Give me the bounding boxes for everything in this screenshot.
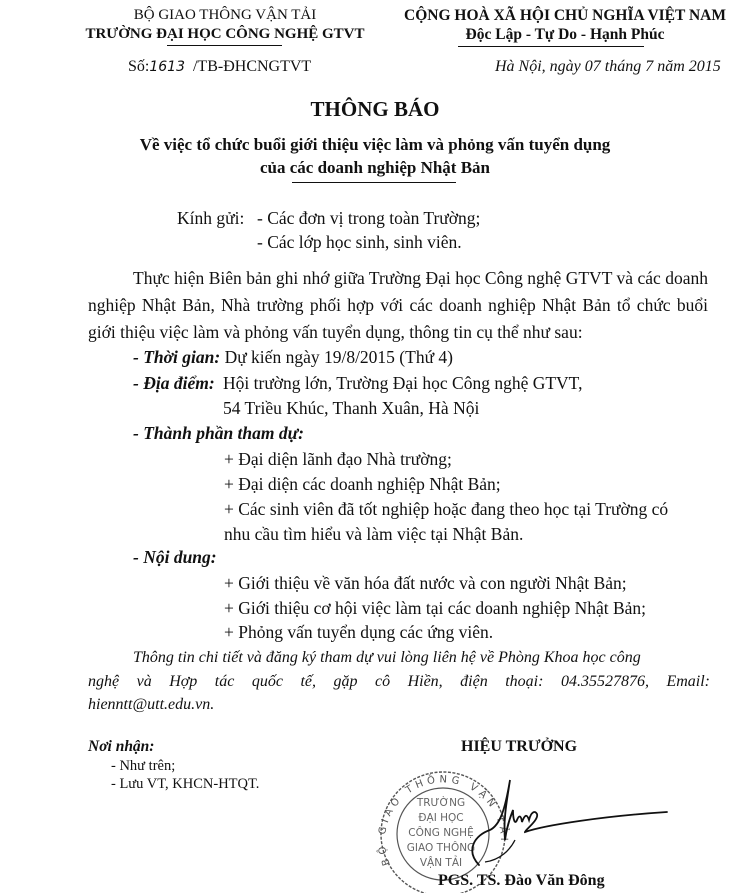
school-name: TRƯỜNG ĐẠI HỌC CÔNG NGHỆ GTVT (70, 25, 380, 44)
participant-item-cont: nhu cầu tìm hiểu và làm việc tại Nhật Bả… (224, 524, 523, 545)
place-line2: 54 Triều Khúc, Thanh Xuân, Hà Nội (223, 398, 479, 419)
participant-item: + Đại diện lãnh đạo Nhà trường; (224, 449, 452, 470)
distribution-label: Nơi nhận: (88, 738, 154, 756)
school-underline (167, 45, 282, 46)
signer-name: PGS. TS. Đào Văn Đông (438, 872, 605, 890)
document-number: Số:1613 /TB-ĐHCNGTVT (128, 58, 311, 76)
place-line1: Hội trường lớn, Trường Đại học Công nghệ… (223, 373, 582, 394)
motto-underline (458, 46, 644, 47)
document-title: THÔNG BÁO (0, 97, 750, 122)
detail-time: - Thời gian: Dự kiến ngày 19/8/2015 (Thứ… (133, 347, 453, 368)
time-label: - Thời gian: (133, 347, 220, 367)
republic-name: CỘNG HOÀ XÃ HỘI CHỦ NGHĨA VIỆT NAM (380, 6, 750, 25)
distribution-item: - Lưu VT, KHCN-HTQT. (111, 776, 259, 793)
ministry-name: BỘ GIAO THÔNG VẬN TẢI (70, 6, 380, 25)
detail-place-label: - Địa điểm: (133, 373, 215, 394)
content-label: - Nội dung: (133, 547, 217, 568)
document-subtitle-line1: Về việc tổ chức buổi giới thiệu việc làm… (0, 135, 750, 155)
participant-item: + Các sinh viên đã tốt nghiệp hoặc đang … (224, 499, 668, 520)
participant-item: + Đại diện các doanh nghiệp Nhật Bản; (224, 474, 501, 495)
recipient-item: - Các đơn vị trong toàn Trường; (257, 208, 480, 229)
contact-line1: Thông tin chi tiết và đăng ký tham dự vu… (133, 649, 641, 667)
contact-line2: nghệ và Hợp tác quốc tế, gặp cô Hiền, đi… (88, 673, 710, 691)
recipients-label: Kính gửi: (177, 208, 244, 229)
participants-label: - Thành phần tham dự: (133, 423, 304, 444)
doc-number-label: Số: (128, 58, 149, 75)
issuing-authority: BỘ GIAO THÔNG VẬN TẢI TRƯỜNG ĐẠI HỌC CÔN… (70, 6, 380, 44)
content-item: + Giới thiệu về văn hóa đất nước và con … (224, 573, 627, 594)
signature-icon (455, 770, 675, 870)
recipient-item: - Các lớp học sinh, sinh viên. (257, 232, 462, 253)
content-item: + Giới thiệu cơ hội việc làm tại các doa… (224, 598, 646, 619)
signer-title: HIỆU TRƯỞNG (461, 738, 577, 756)
doc-number-handwritten: 1613 (149, 59, 185, 75)
place-date: Hà Nội, ngày 07 tháng 7 năm 2015 (495, 58, 721, 76)
distribution-item: - Như trên; (111, 758, 175, 775)
motto: Độc Lập - Tự Do - Hạnh Phúc (380, 25, 750, 44)
subtitle-underline (292, 182, 456, 183)
national-header: CỘNG HOÀ XÃ HỘI CHỦ NGHĨA VIỆT NAM Độc L… (380, 6, 750, 44)
document-subtitle-line2: của các doanh nghiệp Nhật Bản (0, 158, 750, 178)
doc-code: /TB-ĐHCNGTVT (193, 58, 311, 75)
time-value: Dự kiến ngày 19/8/2015 (Thứ 4) (225, 347, 453, 367)
intro-paragraph: Thực hiện Biên bản ghi nhớ giữa Trường Đ… (88, 265, 708, 346)
content-item: + Phỏng vấn tuyển dụng các ứng viên. (224, 622, 493, 643)
contact-email: hienntt@utt.edu.vn. (88, 696, 214, 714)
place-label: - Địa điểm: (133, 373, 215, 393)
